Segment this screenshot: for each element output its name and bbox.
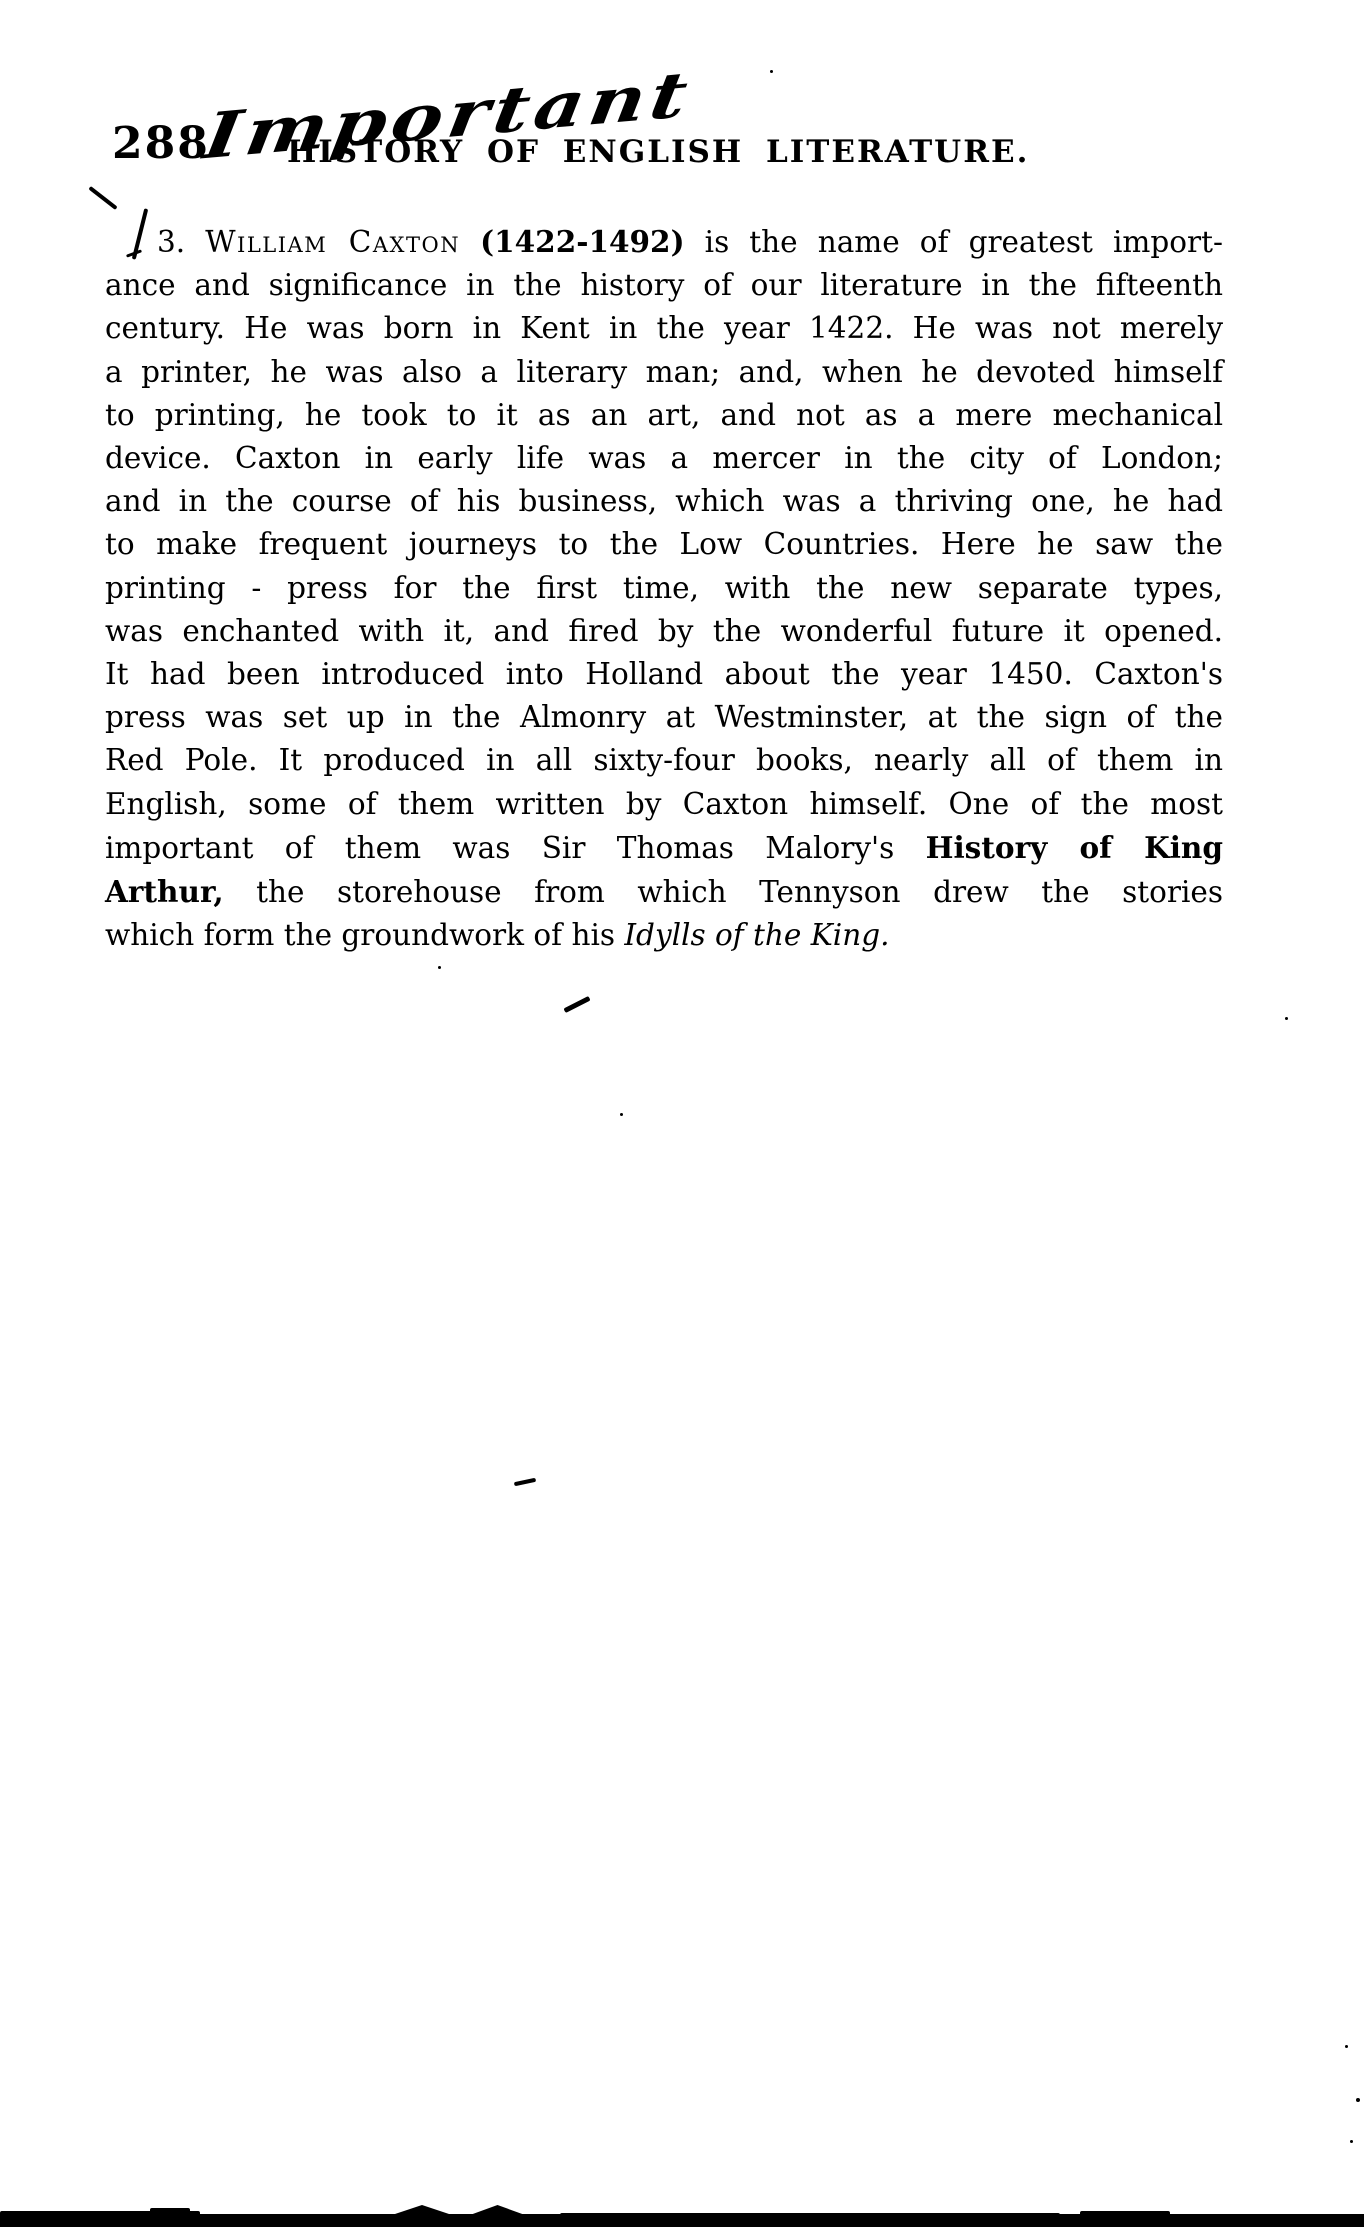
scan-speck xyxy=(438,966,441,969)
text-line: Red Pole. It produced in all sixty-four … xyxy=(105,739,1223,782)
text-line: to make frequent journeys to the Low Cou… xyxy=(105,523,1223,566)
scan-artifact-bottom-edge xyxy=(392,2205,452,2215)
text-line: and in the course of his business, which… xyxy=(105,480,1223,523)
text-line: English, some of them written by Caxton … xyxy=(105,783,1223,826)
pencil-mark xyxy=(88,186,117,210)
scan-speck xyxy=(514,1478,536,1486)
text-line: It had been introduced into Holland abou… xyxy=(105,653,1223,696)
text-line: printing - press for the first time, wit… xyxy=(105,567,1223,610)
scan-speck xyxy=(1350,2140,1353,2143)
scan-speck xyxy=(1345,2045,1348,2048)
text-line: to printing, he took to it as an art, an… xyxy=(105,394,1223,437)
text-line: century. He was born in Kent in the year… xyxy=(105,307,1223,350)
scan-speck xyxy=(1285,1017,1288,1020)
scan-speck xyxy=(770,70,773,73)
scan-artifact-bottom-edge xyxy=(470,2205,525,2215)
text-line: was enchanted with it, and fired by the … xyxy=(105,610,1223,653)
text-line: which form the groundwork of his Idylls … xyxy=(105,914,1223,957)
text-line: a printer, he was also a literary man; a… xyxy=(105,351,1223,394)
text-line: press was set up in the Almonry at Westm… xyxy=(105,696,1223,739)
text-line: Arthur, the storehouse from which Tennys… xyxy=(105,870,1223,914)
text-line: 3. William Caxton (1422-1492) is the nam… xyxy=(105,220,1223,264)
scan-artifact-bottom-edge xyxy=(150,2208,190,2215)
text-line: important of them was Sir Thomas Malory'… xyxy=(105,826,1223,870)
scan-artifact-bottom-edge xyxy=(1080,2211,1170,2215)
text-line: ance and significance in the history of … xyxy=(105,264,1223,307)
scan-speck xyxy=(563,996,590,1013)
scan-speck xyxy=(1356,2098,1360,2102)
scan-artifact-bottom-edge xyxy=(560,2213,1060,2216)
scan-speck xyxy=(620,1113,623,1116)
page-number: 288 xyxy=(112,122,210,166)
text-line: device. Caxton in early life was a merce… xyxy=(105,437,1223,480)
paragraph-caxton: 3. William Caxton (1422-1492) is the nam… xyxy=(105,220,1223,957)
